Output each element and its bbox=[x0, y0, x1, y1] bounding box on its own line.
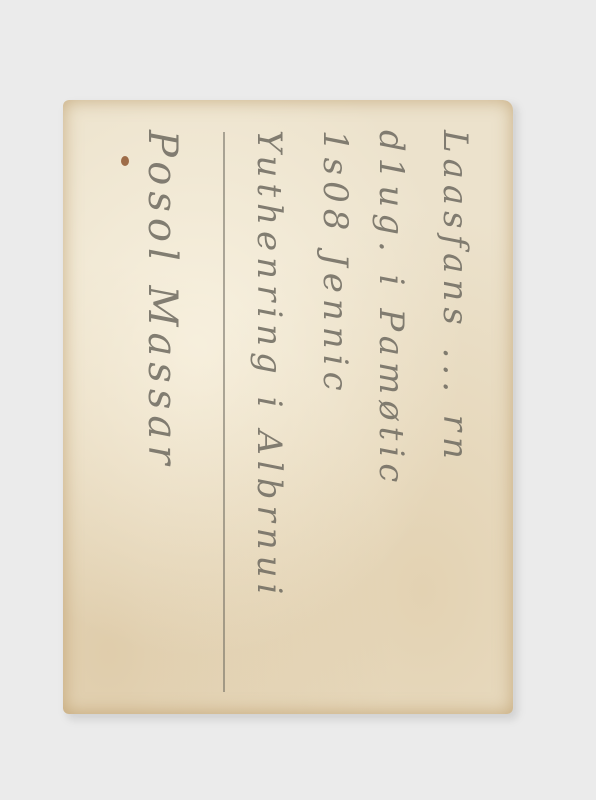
handwritten-card: Laasfans ... rn d1ug. i Pamøtic 1s08 Jen… bbox=[63, 100, 513, 714]
handwriting-line: Posol Massar bbox=[139, 130, 185, 470]
handwriting: Laasfans ... rn d1ug. i Pamøtic 1s08 Jen… bbox=[63, 100, 513, 714]
handwriting-line: 1s08 Jennic bbox=[315, 130, 355, 397]
handwriting-line: Laasfans ... rn bbox=[435, 130, 475, 465]
handwriting-line: Yuthenring i Albrnui bbox=[249, 130, 289, 600]
handwriting-line: d1ug. i Pamøtic bbox=[371, 130, 411, 488]
